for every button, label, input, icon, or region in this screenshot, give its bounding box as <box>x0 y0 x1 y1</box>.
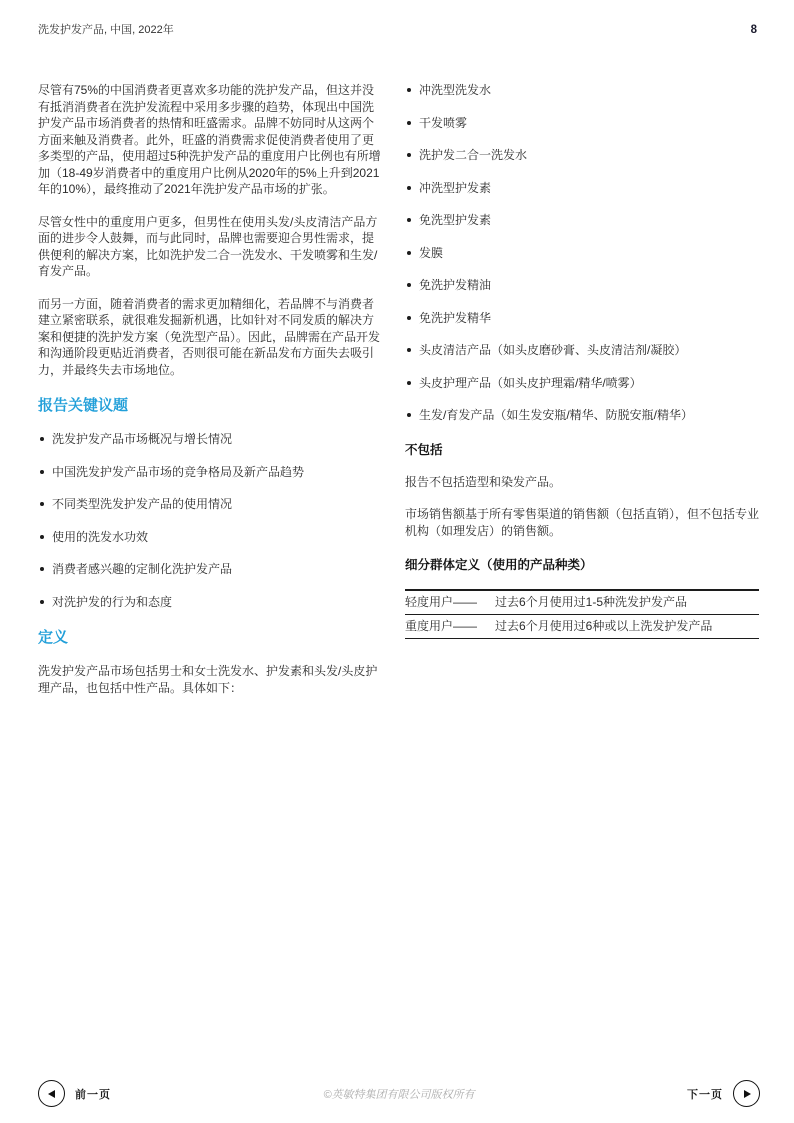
product-type-item: 冲洗型洗发水 <box>405 82 759 99</box>
key-topic-item: 消费者感兴趣的定制化洗护发产品 <box>38 561 385 578</box>
prev-circle <box>38 1080 65 1107</box>
product-type-item: 发膜 <box>405 245 759 262</box>
report-page: 洗发护发产品, 中国, 2022年 8 尽管有75%的中国消费者更喜欢多功能的洗… <box>0 0 794 1123</box>
page-footer: 前一页 ©英敏特集团有限公司版权所有 下一页 <box>38 1080 760 1107</box>
product-type-item: 免洗护发精华 <box>405 310 759 327</box>
product-type-item: 头皮清洁产品（如头皮磨砂膏、头皮清洁剂/凝胶） <box>405 342 759 359</box>
definition-heading: 定义 <box>38 626 385 647</box>
next-circle <box>733 1080 760 1107</box>
arrow-right-icon <box>744 1090 751 1098</box>
segment-definition-cell: 过去6个月使用过6种或以上洗发护发产品 <box>495 615 759 639</box>
product-type-item: 头皮护理产品（如头皮护理霜/精华/喷雾） <box>405 375 759 392</box>
key-topic-item: 洗发护发产品市场概况与增长情况 <box>38 431 385 448</box>
product-type-item: 洗护发二合一洗发水 <box>405 147 759 164</box>
report-title: 洗发护发产品, 中国, 2022年 <box>38 21 174 37</box>
main-content: 尽管有75%的中国消费者更喜欢多功能的洗护发产品，但这并没有抵消消费者在洗护发流… <box>38 82 759 712</box>
key-topics-heading: 报告关键议题 <box>38 394 385 415</box>
product-type-item: 冲洗型护发素 <box>405 180 759 197</box>
next-page-button[interactable]: 下一页 <box>677 1080 760 1107</box>
segment-table-body: 轻度用户—— 过去6个月使用过1-5种洗发护发产品 重度用户—— 过去6个月使用… <box>405 590 759 639</box>
definition-intro: 洗发护发产品市场包括男士和女士洗发水、护发素和头发/头皮护理产品，也包括中性产品… <box>38 663 385 696</box>
key-topics-list: 洗发护发产品市场概况与增长情况 中国洗发护发产品市场的竞争格局及新产品趋势 不同… <box>38 431 385 610</box>
segment-term-cell: 轻度用户—— <box>405 590 495 615</box>
product-type-item: 免洗型护发素 <box>405 212 759 229</box>
page-number: 8 <box>751 24 757 36</box>
refinement-paragraph: 而另一方面，随着消费者的需求更加精细化，若品牌不与消费者建立紧密联系，就很难发掘… <box>38 296 385 379</box>
intro-paragraph: 尽管有75%的中国消费者更喜欢多功能的洗护发产品，但这并没有抵消消费者在洗护发流… <box>38 82 385 198</box>
exclusions-paragraph-1: 报告不包括造型和染发产品。 <box>405 474 759 491</box>
product-type-item: 生发/育发产品（如生发安瓶/精华、防脱安瓶/精华） <box>405 407 759 424</box>
page-header: 洗发护发产品, 中国, 2022年 8 <box>38 21 757 37</box>
segment-term-cell: 重度用户—— <box>405 615 495 639</box>
key-topic-item: 对洗护发的行为和态度 <box>38 594 385 611</box>
segment-definition-cell: 过去6个月使用过1-5种洗发护发产品 <box>495 590 759 615</box>
segment-table-row: 轻度用户—— 过去6个月使用过1-5种洗发护发产品 <box>405 590 759 615</box>
arrow-left-icon <box>48 1090 55 1098</box>
key-topic-item: 中国洗发护发产品市场的竞争格局及新产品趋势 <box>38 464 385 481</box>
product-type-item: 免洗护发精油 <box>405 277 759 294</box>
segment-table-row: 重度用户—— 过去6个月使用过6种或以上洗发护发产品 <box>405 615 759 639</box>
exclusions-paragraph-2: 市场销售额基于所有零售渠道的销售额（包括直销），但不包括专业机构（如理发店）的销… <box>405 506 759 539</box>
key-topic-item: 使用的洗发水功效 <box>38 529 385 546</box>
next-page-label: 下一页 <box>687 1086 723 1102</box>
product-types-list: 冲洗型洗发水 干发喷雾 洗护发二合一洗发水 冲洗型护发素 免洗型护发素 发膜 免… <box>405 82 759 424</box>
key-topic-item: 不同类型洗发护发产品的使用情况 <box>38 496 385 513</box>
product-type-item: 干发喷雾 <box>405 115 759 132</box>
gender-paragraph: 尽管女性中的重度用户更多，但男性在使用头发/头皮清洁产品方面的进步令人鼓舞，而与… <box>38 214 385 280</box>
left-column: 尽管有75%的中国消费者更喜欢多功能的洗护发产品，但这并没有抵消消费者在洗护发流… <box>38 82 385 712</box>
exclusions-heading: 不包括 <box>405 440 759 458</box>
segment-definition-table: 轻度用户—— 过去6个月使用过1-5种洗发护发产品 重度用户—— 过去6个月使用… <box>405 589 759 639</box>
segment-table-caption: 细分群体定义（使用的产品种类） <box>405 555 759 573</box>
prev-page-button[interactable]: 前一页 <box>38 1080 121 1107</box>
copyright-text: ©英敏特集团有限公司版权所有 <box>121 1086 677 1102</box>
prev-page-label: 前一页 <box>75 1086 111 1102</box>
right-column: 冲洗型洗发水 干发喷雾 洗护发二合一洗发水 冲洗型护发素 免洗型护发素 发膜 免… <box>405 82 759 712</box>
